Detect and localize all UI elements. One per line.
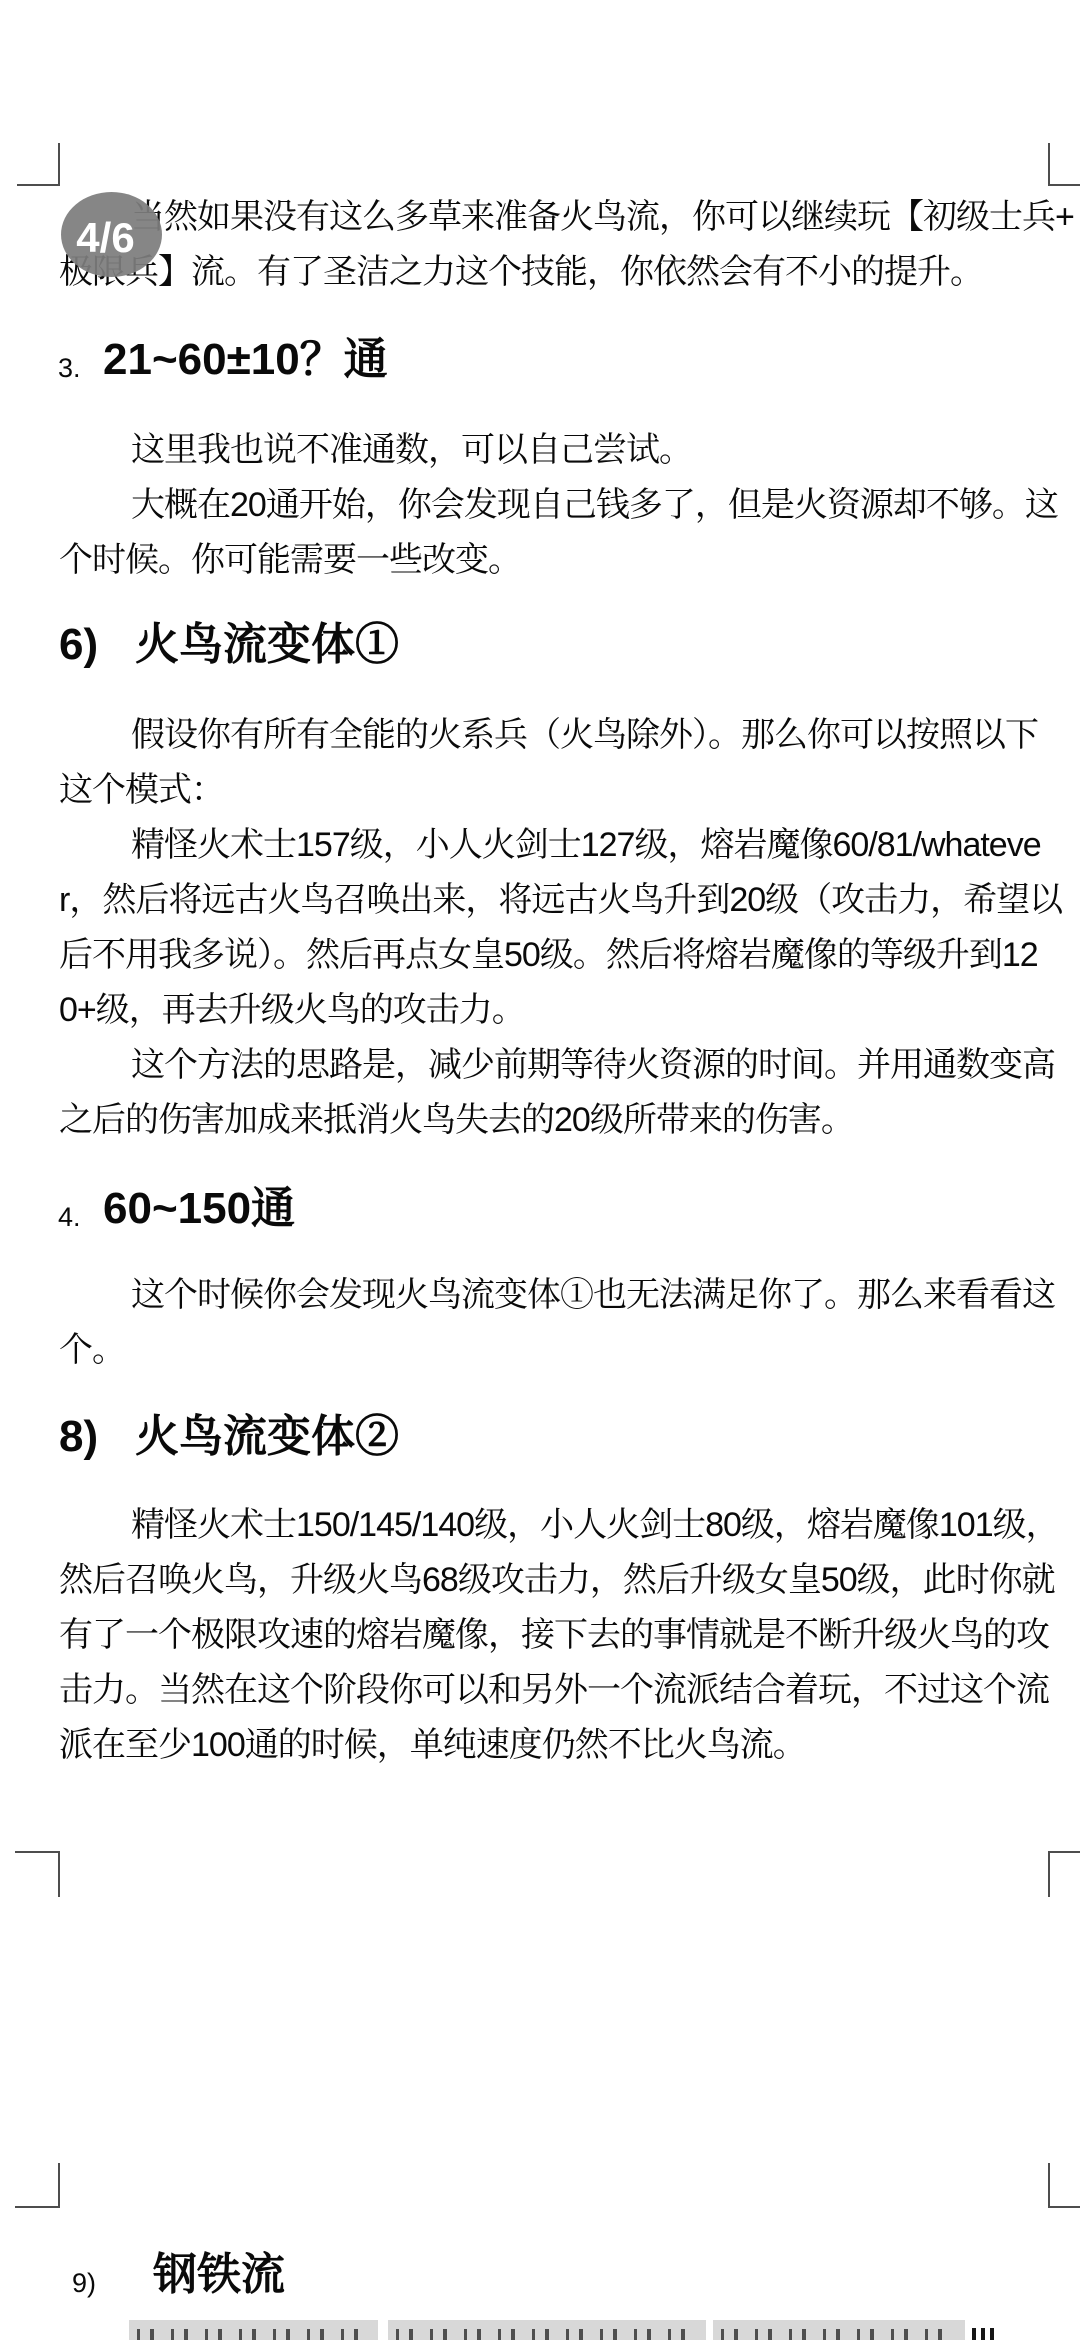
body-text-line: 个时候。你可能需要一些改变。 (59, 533, 521, 588)
crop-mark-top-right-horizontal (1049, 2206, 1080, 2208)
highlight-segment (388, 2320, 706, 2340)
crop-mark-top-left-vertical (58, 2163, 60, 2208)
section-heading: 3. 21~60±10？通 (0, 330, 1080, 392)
body-text-line: 这里我也说不准通数，可以自己尝试。 (131, 423, 692, 478)
crop-mark-top-right-vertical (1048, 2163, 1050, 2208)
crop-mark-bottom-left-horizontal (15, 1851, 60, 1853)
body-text-line: 大概在20通开始，你会发现自己钱多了，但是火资源却不够。这 (131, 478, 1058, 533)
body-text-line: r，然后将远古火鸟召唤出来，将远古火鸟升到20级（攻击力，希望以 (59, 873, 1062, 928)
crop-mark-bottom-right-vertical (1048, 1851, 1050, 1897)
crop-mark-top-right-vertical (1048, 143, 1050, 186)
clipped-glyph-tops (396, 2329, 698, 2340)
clipped-glyph-fragment (972, 2328, 996, 2340)
heading-title: 钢铁流 (153, 2245, 285, 2305)
body-text-line: 派在至少100通的时候，单纯速度仍然不比火鸟流。 (59, 1718, 806, 1773)
clipped-glyph-tops (137, 2329, 370, 2340)
section-heading: 8) 火鸟流变体② (0, 1407, 1080, 1469)
body-text-line: 击力。当然在这个阶段你可以和另外一个流派结合着玩，不过这个流 (59, 1663, 1049, 1718)
crop-mark-bottom-left-vertical (58, 1851, 60, 1897)
crop-mark-top-left-vertical (58, 143, 60, 186)
body-text-line: 这个方法的思路是，减少前期等待火资源的时间。并用通数变高 (131, 1038, 1055, 1093)
body-text-line: 这个时候你会发现火鸟流变体①也无法满足你了。那么来看看这 (131, 1268, 1055, 1323)
section-heading: 6) 火鸟流变体① (0, 615, 1080, 677)
page-indicator-label: 4/6 (76, 214, 134, 262)
heading-title: 60~150通 (103, 1179, 295, 1239)
section-heading: 4. 60~150通 (0, 1179, 1080, 1241)
heading-number: 9) (72, 2268, 96, 2299)
highlight-segment (129, 2320, 378, 2340)
heading-number: 4. (58, 1202, 81, 1233)
clipped-glyph-tops (721, 2329, 957, 2340)
body-text-line: 0+级，再去升级火鸟的攻击力。 (59, 983, 525, 1038)
body-text-line: 精怪火术士150/145/140级，小人火剑士80级，熔岩魔像101级， (131, 1498, 1059, 1553)
heading-number: 8) (59, 1407, 98, 1467)
body-text-line: 个。 (59, 1323, 125, 1378)
heading-title: 火鸟流变体② (135, 1407, 399, 1467)
section-heading: 9) 钢铁流 (0, 2245, 1080, 2307)
heading-number: 3. (58, 353, 81, 384)
crop-mark-top-right-horizontal (1049, 184, 1080, 186)
body-text-line: 假设你有所有全能的火系兵（火鸟除外）。那么你可以按照以下 (131, 708, 1038, 763)
clipped-highlighted-line (0, 2320, 1080, 2340)
heading-title: 火鸟流变体① (135, 615, 399, 675)
body-text-line: 精怪火术士157级，小人火剑士127级，熔岩魔像60/81/whateve (131, 818, 1041, 873)
body-text-line: 极限兵】流。有了圣洁之力这个技能，你依然会有不小的提升。 (59, 245, 983, 300)
heading-title: 21~60±10？通 (103, 330, 388, 390)
heading-number: 6) (59, 615, 98, 675)
crop-mark-bottom-right-horizontal (1049, 1851, 1080, 1853)
body-text-line: 这个模式： (59, 763, 224, 818)
body-text-line: 然后召唤火鸟，升级火鸟68级攻击力，然后升级女皇50级，此时你就 (59, 1553, 1055, 1608)
crop-mark-top-left-horizontal (15, 2206, 60, 2208)
body-text-line: 有了一个极限攻速的熔岩魔像，接下去的事情就是不断升级火鸟的攻 (59, 1608, 1049, 1663)
crop-mark-top-left-horizontal (17, 184, 60, 186)
document-page[interactable]: 当然如果没有这么多草来准备火鸟流，你可以继续玩【初级士兵+ 极限兵】流。有了圣洁… (0, 0, 1080, 2340)
body-text-line: 后不用我多说）。然后再点女皇50级。然后将熔岩魔像的等级升到12 (59, 928, 1038, 983)
body-text-line: 当然如果没有这么多草来准备火鸟流，你可以继续玩【初级士兵+ (131, 190, 1074, 245)
document-viewer: { "page_indicator": { "label": "4/6" }, … (0, 0, 1080, 2340)
highlight-segment (713, 2320, 965, 2340)
page-indicator-badge: 4/6 (61, 192, 162, 277)
body-text-line: 之后的伤害加成来抵消火鸟失去的20级所带来的伤害。 (59, 1093, 854, 1148)
